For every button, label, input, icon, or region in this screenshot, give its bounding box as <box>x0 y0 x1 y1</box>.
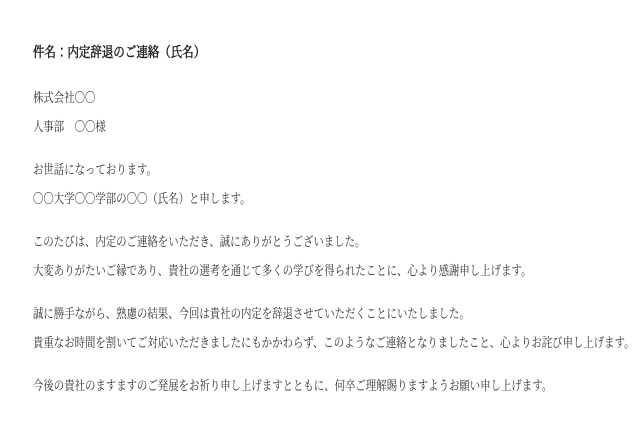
recipient-department: 人事部 〇〇様 <box>33 112 503 141</box>
decline-statement-line: 誠に勝手ながら、熟慮の結果、今回は貴社の内定を辞退させていただくことにいたしまし… <box>33 299 503 328</box>
recipient-company: 株式会社〇〇 <box>33 83 503 112</box>
document-page: 件名：内定辞退のご連絡（氏名） 株式会社〇〇 人事部 〇〇様 お世話になっており… <box>0 0 640 427</box>
closing-wishes-line: 今後の貴社のますますのご発展をお祈り申し上げますとともに、何卒ご理解賜りますよう… <box>33 371 503 400</box>
apology-line: 貴重なお時間を割いてご対応いただきましたにもかかわらず、このようなご連絡となりま… <box>33 328 503 357</box>
self-introduction-line: 〇〇大学〇〇学部の〇〇（氏名）と申します。 <box>33 184 503 213</box>
email-subject-line: 件名：内定辞退のご連絡（氏名） <box>33 41 514 63</box>
decline-paragraph: 誠に勝手ながら、熟慮の結果、今回は貴社の内定を辞退させていただくことにいたしまし… <box>33 299 620 357</box>
thanks-for-offer-line: このたびは、内定のご連絡をいただき、誠にありがとうございました。 <box>33 227 503 256</box>
recipient-block: 株式会社〇〇 人事部 〇〇様 <box>33 83 620 141</box>
gratitude-paragraph: このたびは、内定のご連絡をいただき、誠にありがとうございました。 大変ありがたい… <box>33 227 620 285</box>
greeting-line: お世話になっております。 <box>33 155 503 184</box>
appreciation-line: 大変ありがたいご縁であり、貴社の選考を通じて多くの学びを得られたことに、心より感… <box>33 256 503 285</box>
closing-paragraph: 今後の貴社のますますのご発展をお祈り申し上げますとともに、何卒ご理解賜りますよう… <box>33 371 620 400</box>
greeting-paragraph: お世話になっております。 〇〇大学〇〇学部の〇〇（氏名）と申します。 <box>33 155 620 213</box>
